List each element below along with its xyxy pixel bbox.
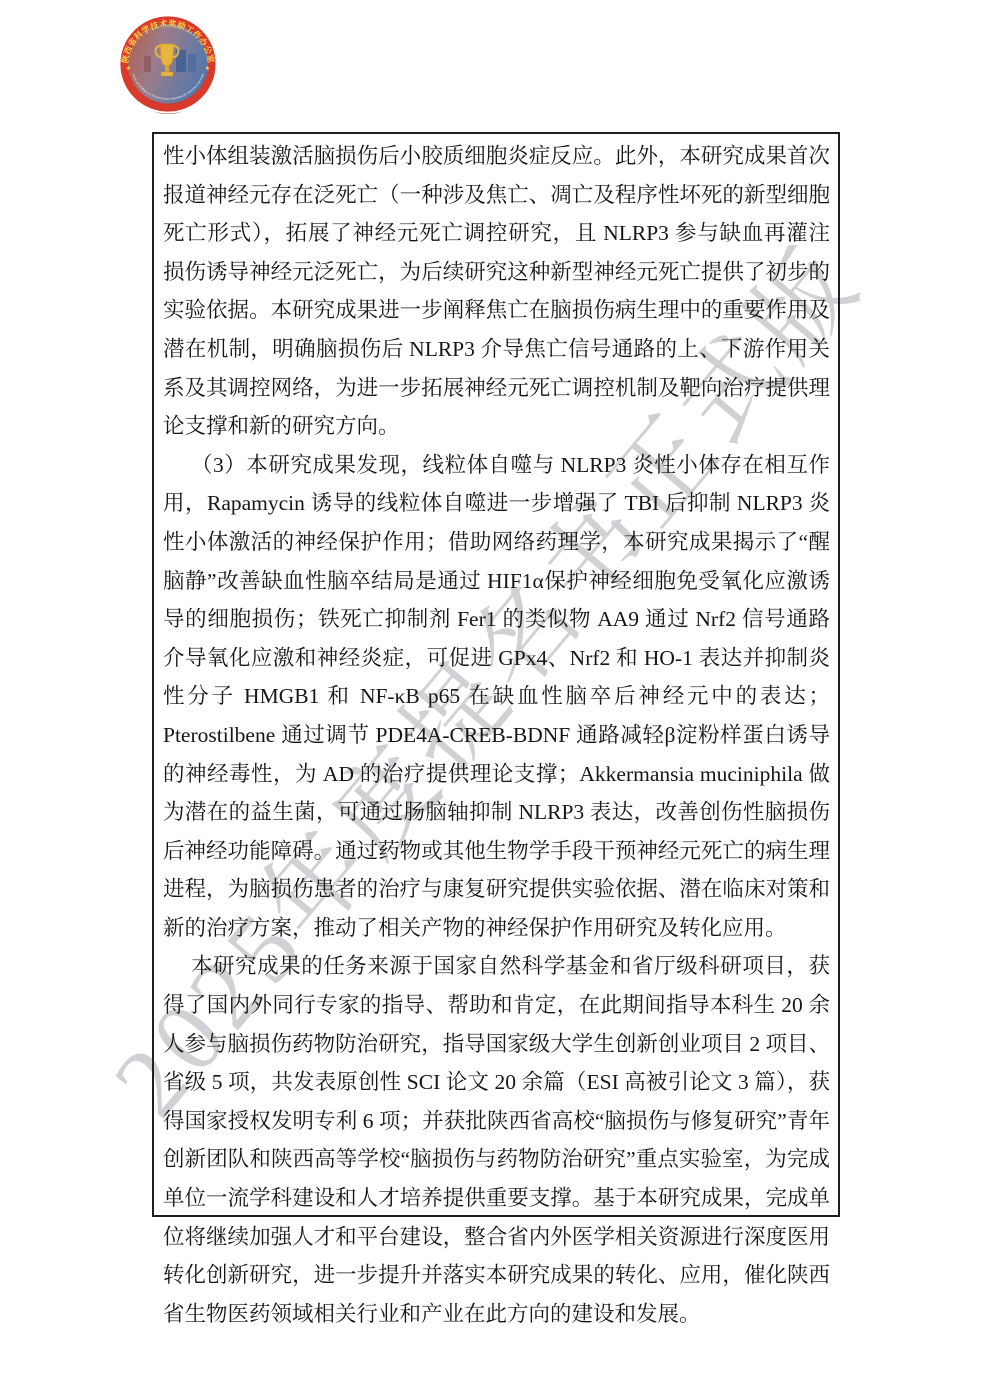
star-icon: ★ [126,65,131,72]
seal-graphic: 陕西省科学技术奖励工作办公室 OFFICE OF SCIENCE & TECHN… [118,14,218,114]
content-table-cell: 性小体组装激活脑损伤后小胶质细胞炎症反应。此外，本研究成果首次报道神经元存在泛死… [152,132,840,1217]
award-office-seal: 陕西省科学技术奖励工作办公室 OFFICE OF SCIENCE & TECHN… [118,14,218,114]
paragraph-continuation: 性小体组装激活脑损伤后小胶质细胞炎症反应。此外，本研究成果首次报道神经元存在泛死… [163,137,830,446]
document-page: 2025年度提名书正式版 [0,0,990,1399]
seal-photo-building [188,54,196,72]
paragraph-point-3: （3）本研究成果发现，线粒体自噬与 NLRP3 炎性小体存在相互作用，Rapam… [163,446,830,948]
paragraph-funding-summary: 本研究成果的任务来源于国家自然科学基金和省厅级科研项目，获得了国内外同行专家的指… [163,947,830,1333]
star-icon: ★ [205,65,210,72]
seal-photo-building [144,56,151,72]
